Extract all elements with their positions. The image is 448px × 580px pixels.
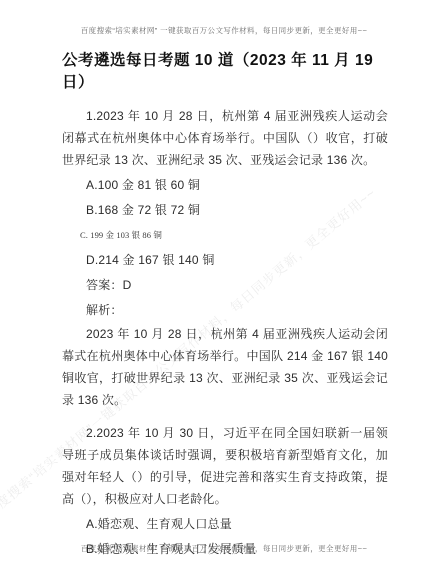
document-page: 百度搜索“培实素材网”一键获取百万公文写作材料，每日同步更新，更全更好用~~ 百… [0, 0, 448, 580]
question-1-option-c: C. 199 金 103 银 86 铜 [62, 223, 388, 248]
question-2-option-a: A.婚恋观、生育观人口总量 [62, 512, 388, 537]
question-2-stem: 2.2023 年 10 月 30 日，习近平在同全国妇联新一届领导班子成员集体谈… [62, 422, 388, 510]
page-header-note: 百度搜索“培实素材网” 一键获取百万公文写作材料，每日同步更新，更全更好用~~ [0, 25, 448, 36]
question-1-option-b: B.168 金 72 银 72 铜 [62, 198, 388, 223]
question-2-options: A.婚恋观、生育观人口总量 B.婚恋观、生育观人口发展质量 [62, 512, 388, 562]
question-1-stem: 1.2023 年 10 月 28 日，杭州第 4 届亚洲残疾人运动会闭幕式在杭州… [62, 105, 388, 171]
question-1-answer: 答案：D [62, 273, 388, 298]
question-1-analysis-heading: 解析： [62, 298, 388, 323]
question-1-analysis-text: 2023 年 10 月 28 日，杭州第 4 届亚洲残疾人运动会闭幕式在杭州奥体… [62, 323, 388, 411]
page-title: 公考遴选每日考题 10 道（2023 年 11 月 19 日） [62, 48, 388, 92]
question-1-option-d: D.214 金 167 银 140 铜 [62, 248, 388, 273]
question-1-options: A.100 金 81 银 60 铜 B.168 金 72 银 72 铜 C. 1… [62, 173, 388, 323]
question-1-option-a: A.100 金 81 银 60 铜 [62, 173, 388, 198]
document-body: 公考遴选每日考题 10 道（2023 年 11 月 19 日） 1.2023 年… [62, 48, 388, 562]
page-footer-note: 百度搜索“培实素材网” 一键获取百万公文写作材料，每日同步更新，更全更好用~~ [0, 543, 448, 554]
